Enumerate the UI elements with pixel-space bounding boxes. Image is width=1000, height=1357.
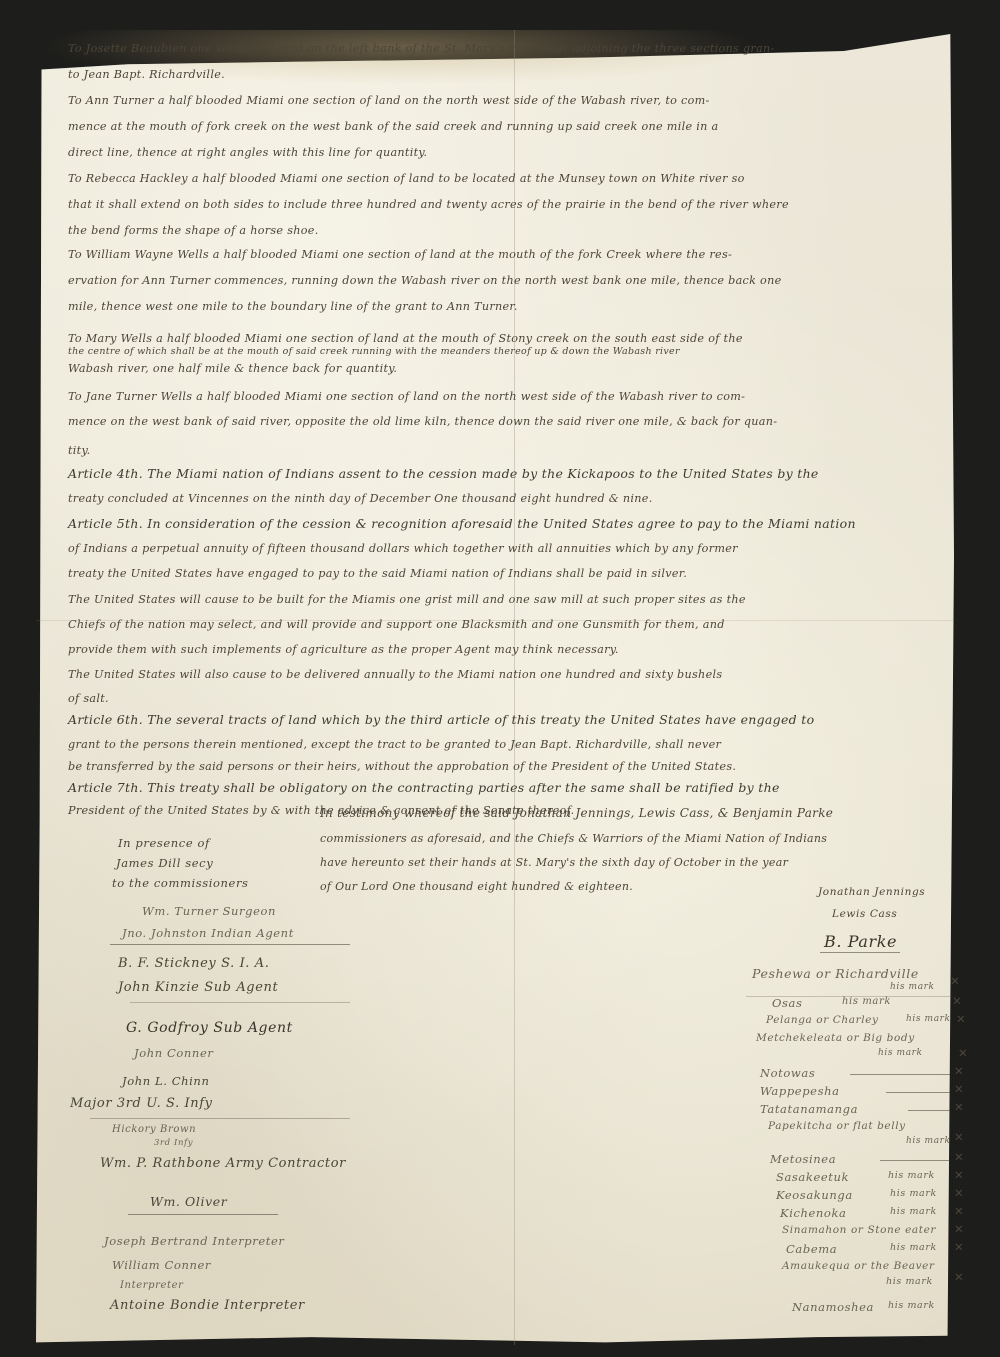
x-mark-icon: ✕ xyxy=(954,1082,964,1096)
witness-signature: Wm. Turner Surgeon xyxy=(142,904,276,918)
text-line: mile, thence west one mile to the bounda… xyxy=(68,300,958,313)
witness-signature: 3rd Infy xyxy=(154,1138,193,1148)
commissioner-signature: B. Parke xyxy=(824,932,897,951)
text-line: to Jean Bapt. Richardville. xyxy=(68,68,958,81)
chief-name: Nanamoshea xyxy=(792,1300,874,1314)
chief-name: Keosakunga xyxy=(776,1188,853,1202)
x-mark-icon: ✕ xyxy=(954,1150,964,1164)
text-line: grant to the persons therein mentioned, … xyxy=(68,738,958,751)
text-line: provide them with such implements of agr… xyxy=(68,643,958,656)
text-line: tity. xyxy=(68,444,958,457)
chief-name: Papekitcha or flat belly xyxy=(768,1120,906,1132)
witness-signature: Interpreter xyxy=(120,1280,184,1291)
chief-name: Pelanga or Charley xyxy=(766,1014,879,1026)
witness-signature: G. Godfroy Sub Agent xyxy=(126,1020,293,1036)
x-mark-icon: ✕ xyxy=(954,1240,964,1254)
witness-signature: Antoine Bondie Interpreter xyxy=(110,1298,305,1313)
text-line: of Indians a perpetual annuity of fiftee… xyxy=(68,542,958,555)
divider xyxy=(908,1110,950,1111)
article-heading: Article 7th. xyxy=(68,780,143,795)
text-line: Wabash river, one half mile & thence bac… xyxy=(68,362,958,375)
chief-mark-label: his mark xyxy=(842,996,891,1007)
text-line: To Mary Wells a half blooded Miami one s… xyxy=(68,332,958,345)
x-mark-icon: ✕ xyxy=(954,1270,964,1284)
article-6: Article 6th. The several tracts of land … xyxy=(68,712,958,727)
chief-name: Metchekeleata or Big body xyxy=(756,1032,915,1044)
witness-signature: Joseph Bertrand Interpreter xyxy=(104,1234,284,1248)
text-line: the bend forms the shape of a horse shoe… xyxy=(68,224,958,237)
text-line: To William Wayne Wells a half blooded Mi… xyxy=(68,248,958,261)
chief-name: Osas xyxy=(772,996,803,1010)
text-line: To Ann Turner a half blooded Miami one s… xyxy=(68,94,958,107)
x-mark-icon: ✕ xyxy=(954,1064,964,1078)
text-line: Chiefs of the nation may select, and wil… xyxy=(68,618,958,631)
chief-mark-label: his mark xyxy=(878,1048,923,1058)
witness-signature: John Kinzie Sub Agent xyxy=(118,980,278,995)
chief-name: Sinamahon or Stone eater xyxy=(782,1224,936,1236)
text-line: mence at the mouth of fork creek on the … xyxy=(68,120,958,133)
chief-name: Metosinea xyxy=(770,1152,836,1166)
article-heading: Article 4th. xyxy=(68,466,143,481)
x-mark-icon: ✕ xyxy=(956,1012,966,1026)
chief-mark-label: his mark xyxy=(888,1300,935,1311)
commissioner-signature: Lewis Cass xyxy=(832,908,897,920)
signature-underline xyxy=(128,1214,278,1215)
text-line: of salt. xyxy=(68,692,958,705)
chief-name: Kichenoka xyxy=(780,1206,846,1220)
witness-signature: Jno. Johnston Indian Agent xyxy=(122,926,294,940)
witness-heading: In presence of xyxy=(118,836,210,850)
witness-signature: Major 3rd U. S. Infy xyxy=(70,1096,213,1111)
text-line: have hereunto set their hands at St. Mar… xyxy=(320,856,960,869)
article-text: In consideration of the cession & recogn… xyxy=(147,516,856,531)
signature-underline xyxy=(110,944,350,945)
text-line: commissioners as aforesaid, and the Chie… xyxy=(320,832,960,845)
x-mark-icon: ✕ xyxy=(952,994,962,1008)
signature-underline xyxy=(130,1002,350,1003)
text-line: mence on the west bank of said river, op… xyxy=(68,415,958,428)
chief-name: Wappepesha xyxy=(760,1084,840,1098)
article-5: Article 5th. In consideration of the ces… xyxy=(68,516,958,531)
x-mark-icon: ✕ xyxy=(954,1222,964,1236)
witness-heading: to the commissioners xyxy=(112,876,249,890)
chief-name: Amaukequa or the Beaver xyxy=(782,1260,935,1272)
chief-mark-label: his mark xyxy=(890,982,935,992)
witness-signature: Wm. Oliver xyxy=(150,1194,227,1209)
divider xyxy=(850,1074,950,1075)
signature-underline xyxy=(90,1118,350,1119)
divider xyxy=(880,1160,950,1161)
witness-signature: William Conner xyxy=(112,1258,211,1272)
text-interlinear: the centre of which shall be at the mout… xyxy=(68,346,958,357)
text-line: The United States will also cause to be … xyxy=(68,668,958,681)
witness-signature: John L. Chinn xyxy=(122,1074,209,1088)
x-mark-icon: ✕ xyxy=(950,974,960,988)
text-line: that it shall extend on both sides to in… xyxy=(68,198,958,211)
text-line: In testimony whereof the said Jonathan J… xyxy=(320,806,960,820)
chief-mark-label: his mark xyxy=(890,1242,937,1253)
article-text: The Miami nation of Indians assent to th… xyxy=(147,466,818,481)
article-heading: Article 5th. xyxy=(68,516,143,531)
article-4: Article 4th. The Miami nation of Indians… xyxy=(68,466,958,481)
text-line: To Rebecca Hackley a half blooded Miami … xyxy=(68,172,958,185)
text-line: be transferred by the said persons or th… xyxy=(68,760,958,773)
article-text: The several tracts of land which by the … xyxy=(147,712,814,727)
x-mark-icon: ✕ xyxy=(954,1186,964,1200)
chief-mark-label: his mark xyxy=(906,1014,951,1024)
text-line: To Josette Beaubien one section of land … xyxy=(68,42,958,55)
witness-signature: Hickory Brown xyxy=(112,1124,196,1135)
signature-underline xyxy=(820,952,900,953)
x-mark-icon: ✕ xyxy=(954,1204,964,1218)
text-line: treaty concluded at Vincennes on the nin… xyxy=(68,492,958,505)
witness-signature: John Conner xyxy=(134,1046,213,1060)
chief-name: Sasakeetuk xyxy=(776,1170,849,1184)
divider xyxy=(886,1092,950,1093)
article-heading: Article 6th. xyxy=(68,712,143,727)
witness-signature: Wm. P. Rathbone Army Contractor xyxy=(100,1156,346,1171)
witness-signature: B. F. Stickney S. I. A. xyxy=(118,956,270,971)
chief-name: Tatatanamanga xyxy=(760,1102,858,1116)
article-text: This treaty shall be obligatory on the c… xyxy=(147,780,779,795)
article-7: Article 7th. This treaty shall be obliga… xyxy=(68,780,958,795)
text-line: treaty the United States have engaged to… xyxy=(68,567,958,580)
chief-mark-label: his mark xyxy=(906,1136,951,1146)
x-mark-icon: ✕ xyxy=(954,1100,964,1114)
chief-name: Cabema xyxy=(786,1242,837,1256)
chief-mark-label: his mark xyxy=(890,1206,937,1217)
chief-mark-label: his mark xyxy=(888,1170,935,1181)
text-line: ervation for Ann Turner commences, runni… xyxy=(68,274,958,287)
x-mark-icon: ✕ xyxy=(958,1046,968,1060)
chief-name: Peshewa or Richardville xyxy=(752,966,919,981)
text-line: To Jane Turner Wells a half blooded Miam… xyxy=(68,390,958,403)
text-line: The United States will cause to be built… xyxy=(68,593,958,606)
witness-heading: James Dill secy xyxy=(116,856,213,870)
x-mark-icon: ✕ xyxy=(954,1130,964,1144)
x-mark-icon: ✕ xyxy=(954,1168,964,1182)
chief-mark-label: his mark xyxy=(886,1276,933,1287)
text-line: direct line, thence at right angles with… xyxy=(68,146,958,159)
chief-name: Notowas xyxy=(760,1066,815,1080)
chief-mark-label: his mark xyxy=(890,1188,937,1199)
commissioner-signature: Jonathan Jennings xyxy=(818,886,925,898)
